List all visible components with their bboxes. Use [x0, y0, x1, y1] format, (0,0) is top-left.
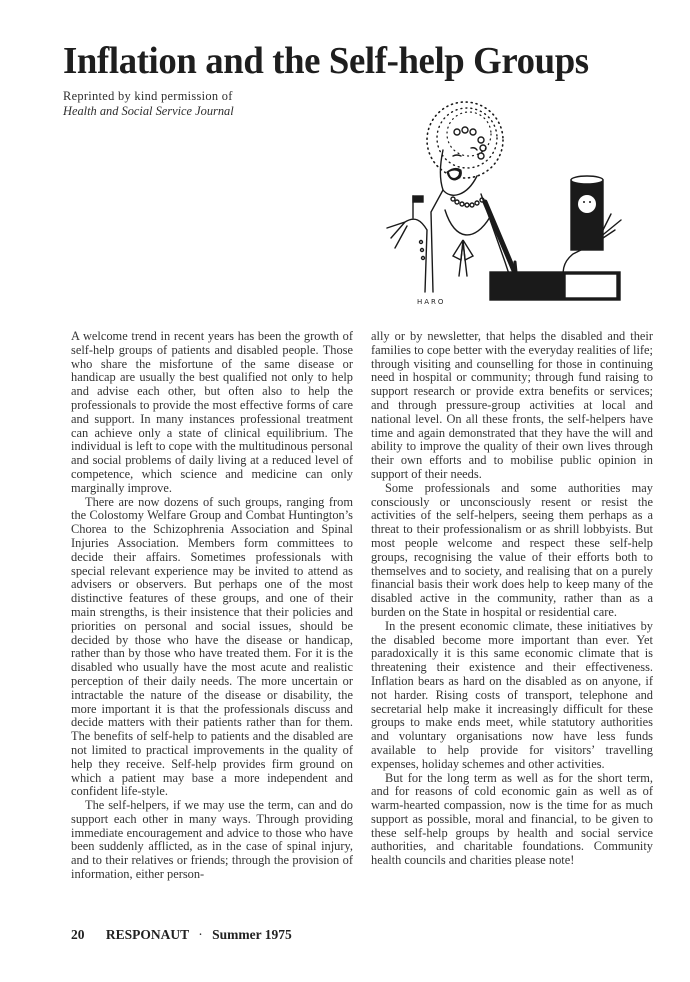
issue-date: Summer 1975 — [212, 927, 292, 942]
flag-icon — [413, 196, 423, 202]
pearl-necklace-icon — [451, 197, 484, 207]
paragraph-continued: ally or by newsletter, that helps the di… — [371, 330, 653, 482]
paragraph: The self-helpers, if we may use the term… — [71, 799, 353, 882]
cartoon-illustration: HARO — [385, 92, 665, 322]
paragraph: But for the long term as well as for the… — [371, 772, 653, 869]
journal-name: Health and Social Service Journal — [63, 104, 234, 119]
article-column-right: ally or by newsletter, that helps the di… — [371, 330, 653, 868]
collection-tin-icon — [571, 176, 603, 250]
paragraph: In the present economic climate, these i… — [371, 620, 653, 772]
paragraph: Some professionals and some authorities … — [371, 482, 653, 620]
page-footer: 20 RESPONAUT · Summer 1975 — [71, 927, 292, 943]
credit-line: Reprinted by kind permission of — [63, 89, 234, 104]
article-title: Inflation and the Self-help Groups — [63, 40, 589, 82]
footer-separator: · — [198, 927, 203, 942]
publication-name: RESPONAUT — [106, 927, 189, 942]
dog-emblem-icon — [578, 195, 596, 213]
paragraph: There are now dozens of such groups, ran… — [71, 496, 353, 800]
reprint-credit: Reprinted by kind permission of Health a… — [63, 89, 234, 119]
page-number: 20 — [71, 927, 85, 942]
woman-with-collection-tin-drawing — [385, 92, 665, 322]
dotted-hair-icon — [427, 102, 503, 178]
article-column-left: A welcome trend in recent years has been… — [71, 330, 353, 882]
artist-signature: HARO — [417, 298, 445, 306]
paragraph: A welcome trend in recent years has been… — [71, 330, 353, 496]
